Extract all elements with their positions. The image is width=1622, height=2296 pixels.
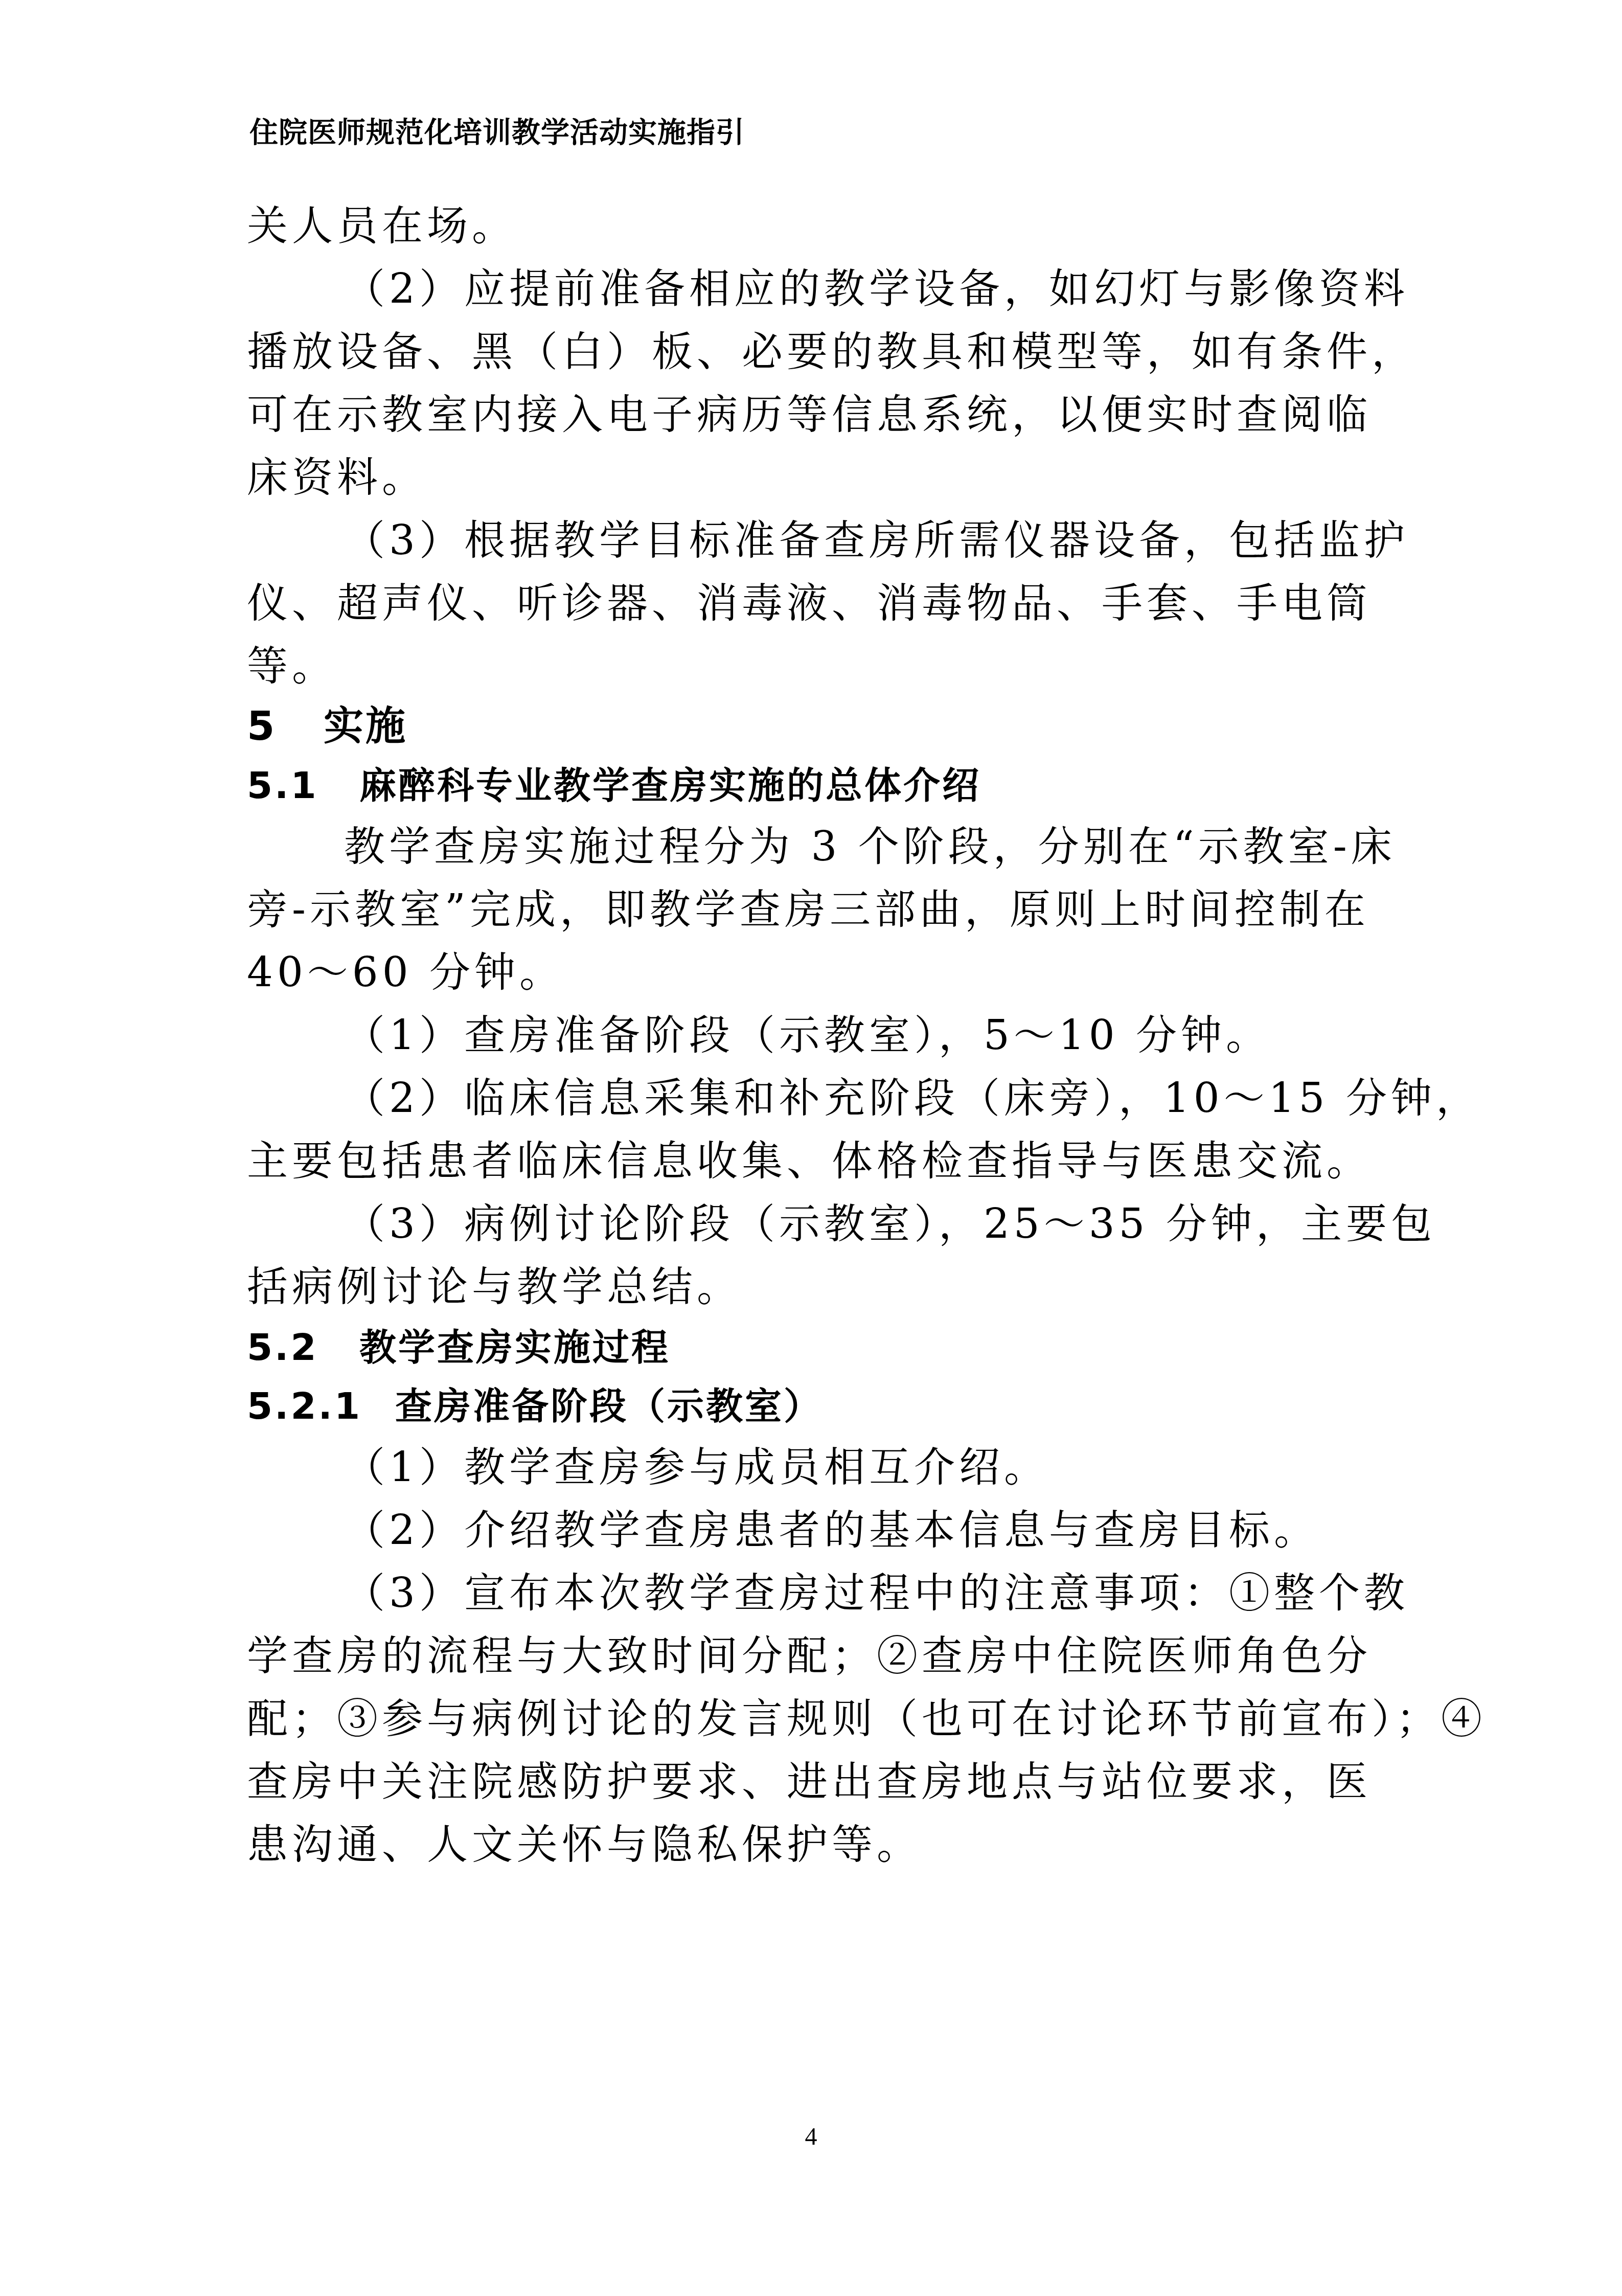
- text-line: 仪、超声仪、听诊器、消毒液、消毒物品、手套、手电筒: [247, 572, 1392, 634]
- text-line: 括病例讨论与教学总结。: [247, 1255, 1392, 1318]
- text-line: 教学查房实施过程分为 3 个阶段，分别在“示教室-床: [247, 815, 1392, 878]
- stage-item-3: （3）病例讨论阶段（示教室），25～35 分钟，主要包 括病例讨论与教学总结。: [247, 1192, 1392, 1318]
- section-heading-5: 5实施: [247, 697, 1392, 756]
- text-line: 等。: [247, 634, 1392, 697]
- stage-item-1: （1）查房准备阶段（示教室），5～10 分钟。: [247, 1004, 1392, 1066]
- document-page: 住院医师规范化培训教学活动实施指引 关人员在场。 （2）应提前准备相应的教学设备…: [0, 0, 1622, 2296]
- text-line: 配；③参与病例讨论的发言规则（也可在讨论环节前宣布）；④: [247, 1687, 1392, 1750]
- section-number: 5.1: [247, 756, 359, 815]
- section-number: 5: [247, 697, 324, 756]
- text-line: （2）介绍教学查房患者的基本信息与查房目标。: [247, 1498, 1392, 1561]
- page-content: 关人员在场。 （2）应提前准备相应的教学设备，如幻灯与影像资料 播放设备、黑（白…: [247, 194, 1392, 1876]
- text-line: 床资料。: [247, 446, 1392, 509]
- section-number: 5.2: [247, 1318, 359, 1377]
- section-heading-5-2: 5.2教学查房实施过程: [247, 1318, 1392, 1377]
- section-title: 麻醉科专业教学查房实施的总体介绍: [359, 764, 981, 807]
- prep-item-1: （1）教学查房参与成员相互介绍。: [247, 1436, 1392, 1498]
- text-line: 查房中关注院感防护要求、进出查房地点与站位要求，医: [247, 1750, 1392, 1813]
- prep-item-2: （2）介绍教学查房患者的基本信息与查房目标。: [247, 1498, 1392, 1561]
- continuation-paragraph: 关人员在场。: [247, 194, 1392, 257]
- stage-item-2: （2）临床信息采集和补充阶段（床旁），10～15 分钟， 主要包括患者临床信息收…: [247, 1066, 1392, 1192]
- text-line: 旁-示教室”完成，即教学查房三部曲，原则上时间控制在: [247, 878, 1392, 941]
- text-line: 主要包括患者临床信息收集、体格检查指导与医患交流。: [247, 1129, 1392, 1192]
- text-line: （3）根据教学目标准备查房所需仪器设备，包括监护: [247, 509, 1392, 572]
- text-line: 学查房的流程与大致时间分配；②查房中住院医师角色分: [247, 1624, 1392, 1687]
- text-line: （2）临床信息采集和补充阶段（床旁），10～15 分钟，: [247, 1066, 1392, 1129]
- text-line: （3）病例讨论阶段（示教室），25～35 分钟，主要包: [247, 1192, 1392, 1255]
- section-number: 5.2.1: [247, 1377, 395, 1436]
- section-heading-5-2-1: 5.2.1查房准备阶段（示教室）: [247, 1377, 1392, 1436]
- text-line: （1）教学查房参与成员相互介绍。: [247, 1436, 1392, 1498]
- paragraph-overview: 教学查房实施过程分为 3 个阶段，分别在“示教室-床 旁-示教室”完成，即教学查…: [247, 815, 1392, 1004]
- text-line: 患沟通、人文关怀与隐私保护等。: [247, 1813, 1392, 1876]
- text-line: 播放设备、黑（白）板、必要的教具和模型等，如有条件，: [247, 320, 1392, 383]
- text-line: 关人员在场。: [247, 194, 1392, 257]
- text-line: 可在示教室内接入电子病历等信息系统，以便实时查阅临: [247, 383, 1392, 446]
- text-line: （3）宣布本次教学查房过程中的注意事项：①整个教: [247, 1561, 1392, 1624]
- text-line: 40～60 分钟。: [247, 941, 1392, 1004]
- paragraph-prep-equipment: （2）应提前准备相应的教学设备，如幻灯与影像资料 播放设备、黑（白）板、必要的教…: [247, 257, 1392, 509]
- section-title: 实施: [324, 703, 407, 749]
- running-header: 住院医师规范化培训教学活动实施指引: [249, 115, 745, 151]
- paragraph-prep-instruments: （3）根据教学目标准备查房所需仪器设备，包括监护 仪、超声仪、听诊器、消毒液、消…: [247, 509, 1392, 697]
- prep-item-3: （3）宣布本次教学查房过程中的注意事项：①整个教 学查房的流程与大致时间分配；②…: [247, 1561, 1392, 1876]
- text-line: （1）查房准备阶段（示教室），5～10 分钟。: [247, 1004, 1392, 1066]
- section-heading-5-1: 5.1麻醉科专业教学查房实施的总体介绍: [247, 756, 1392, 815]
- section-title: 教学查房实施过程: [359, 1326, 670, 1369]
- page-number: 4: [0, 2122, 1622, 2152]
- section-title: 查房准备阶段（示教室）: [395, 1384, 823, 1427]
- text-line: （2）应提前准备相应的教学设备，如幻灯与影像资料: [247, 257, 1392, 320]
